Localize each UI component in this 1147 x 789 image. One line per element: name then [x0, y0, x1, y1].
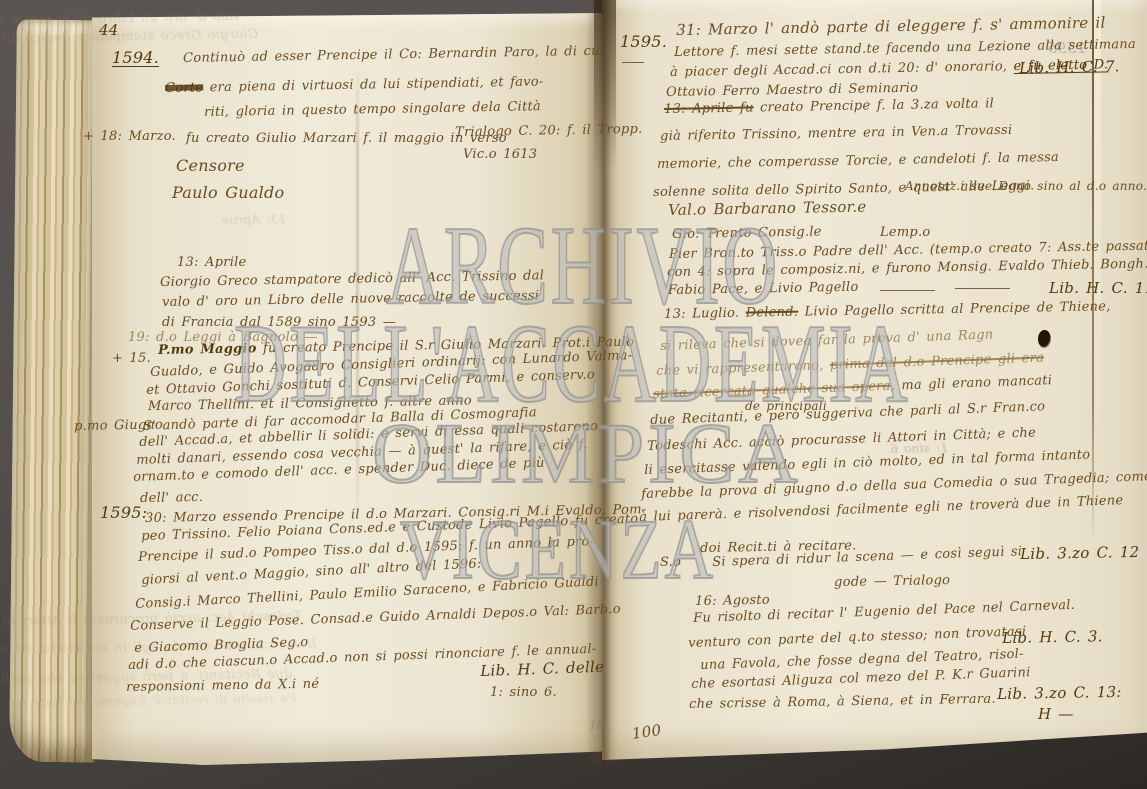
margin-year: 1595. — [620, 33, 667, 51]
manuscript-line: Gio: Trento Consig.le — [672, 225, 822, 242]
margin-mark: H — — [1038, 706, 1074, 723]
archival-manuscript-scan: valo d' oro un Libro delle nuove raccolt… — [0, 0, 1147, 789]
reference-citation: Lib. H. C. 7. — [1019, 58, 1120, 76]
reference-citation: Lib. H. C. 3. — [1002, 628, 1103, 646]
corner-mark: 18 — [589, 719, 605, 732]
manuscript-line: Paulo Gualdo — [172, 184, 284, 202]
reference-citation: 1: sino 6. — [490, 686, 557, 700]
page-number: 44 — [99, 22, 119, 39]
reference-citation: Lib. 3.zo C. 12 — [1020, 544, 1140, 563]
manuscript-line: dell' acc. — [140, 491, 203, 506]
book-gutter-shadow — [594, 0, 616, 170]
manuscript-text: 13: Luglio. — [664, 306, 746, 322]
manuscript-line: 16: Agosto — [695, 594, 770, 610]
show-through-text: 13: Aprile — [222, 213, 287, 227]
manuscript-line: gode — Trialogo — [834, 574, 950, 590]
manuscript-line: Censore — [176, 157, 245, 175]
manuscript-line: di Francia dal 1589 sino 1593 — — [162, 316, 396, 330]
manuscript-line: Annotaz.i sue Dono sino al d.o anno. — [905, 180, 1147, 193]
struck-text: Delend. — [746, 305, 799, 321]
struck-text: 13: Aprile fu — [664, 100, 754, 117]
filler-dash — [955, 288, 1010, 289]
margin-note: S.o — [660, 556, 681, 570]
margin-year: 1595: — [100, 504, 147, 522]
manuscript-line: Lemp.o — [880, 226, 930, 240]
manuscript-line: Val.o Barbarano Tessor.e — [668, 199, 867, 219]
struck-text: Corte — [165, 80, 203, 96]
margin-note: + 15. — [112, 352, 151, 366]
margin-note: + 18: Marzo. — [83, 130, 176, 144]
filler-dash — [880, 290, 935, 291]
reference-citation: Lib. 3.zo C. 13: — [997, 684, 1122, 703]
margin-year: 1594. — [112, 49, 159, 67]
reference-citation: Lib. H. C. 11. — [1049, 280, 1147, 297]
margin-dash — [622, 62, 644, 63]
ink-blot — [1038, 330, 1051, 348]
emphasized-text: P.mo Maggio — [158, 341, 257, 358]
page-number: 100 — [631, 722, 662, 742]
reference-citation: Vic.o 1613 — [463, 148, 537, 162]
manuscript-line: 13: Aprile — [177, 256, 247, 270]
